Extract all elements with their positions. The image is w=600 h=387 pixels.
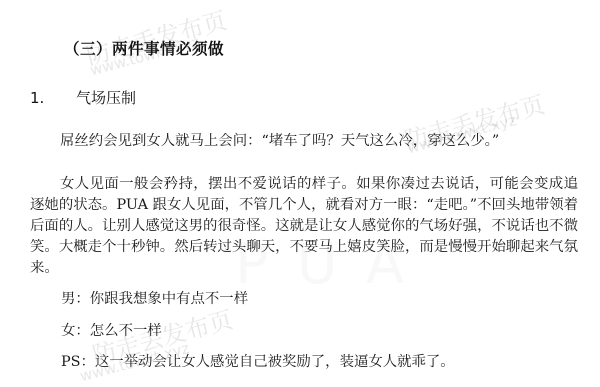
document-page: PUA （三）两件事情必须做 1.气场压制 屌丝约会见到女人就马上会问：“堵车了… <box>0 0 600 387</box>
subsection-title: 气场压制 <box>76 89 136 107</box>
subsection-heading: 1.气场压制 <box>30 87 136 108</box>
section-title: （三）两件事情必须做 <box>64 37 224 59</box>
dialog-line-ps: PS：这一举动会让女人感觉自己被奖励了，装逼女人就乖了。 <box>61 352 455 373</box>
paragraph-1: 屌丝约会见到女人就马上会问：“堵车了吗？天气这么冷，穿这么少。” <box>30 131 578 152</box>
subsection-number: 1. <box>30 89 76 107</box>
paragraph-2: 女人见面一般会矜持，摆出不爱说话的样子。如果你凑过去说话，可能会变成追逐她的状态… <box>30 174 578 279</box>
dialog-line-female: 女：怎么不一样 <box>61 321 162 342</box>
dialog-line-male: 男：你跟我想象中有点不一样 <box>61 289 248 310</box>
